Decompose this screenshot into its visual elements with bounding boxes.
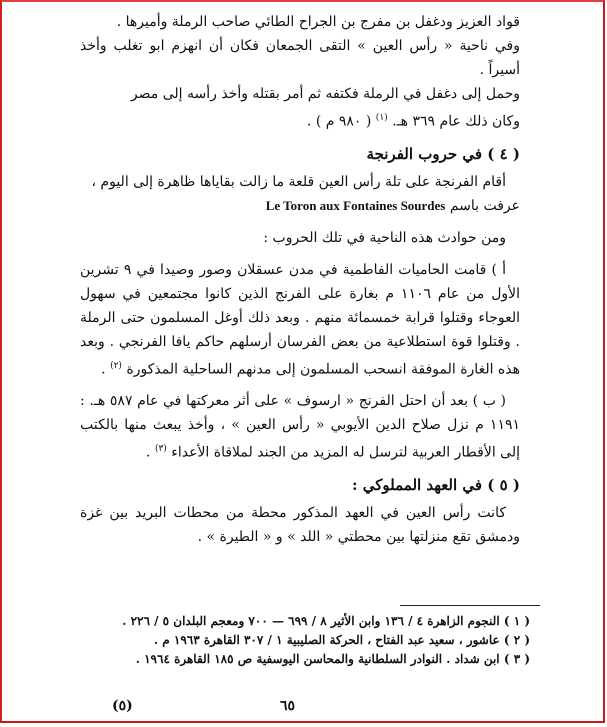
- section-marker: (٥): [112, 698, 133, 714]
- latin-castle-name: Le Toron aux Fontaines Sourdes: [266, 198, 446, 213]
- known-as-label: عرفت باسم: [450, 198, 520, 214]
- section-5-para: كانت رأس العين في العهد المذكور محطة من …: [80, 501, 520, 549]
- footnote-ref-3: (٣): [155, 444, 167, 454]
- footnote-1: ( ١ ) النجوم الزاهرة ٤ / ١٣٦ وابن الأثير…: [90, 612, 530, 631]
- footnote-ref-2: (٢): [110, 361, 122, 371]
- intro-line-2: وفي ناحية « رأس العين » التقى الجمعان فك…: [80, 34, 520, 82]
- item-b-text: ( ب ) بعد أن احتل الفرنج « ارسوف » على أ…: [80, 393, 520, 461]
- footnote-divider: [400, 605, 540, 606]
- page-body: قواد العزيز ودغفل بن مفرج بن الجراح الطا…: [80, 10, 520, 549]
- section-4-para-1: أقام الفرنجة على تلة رأس العين قلعة ما ز…: [80, 170, 520, 194]
- section-4-para-2: ومن حوادث هذه الناحية في تلك الحروب :: [80, 226, 520, 250]
- page-number: ٦٥: [280, 698, 295, 714]
- footnotes: ( ١ ) النجوم الزاهرة ٤ / ١٣٦ وابن الأثير…: [90, 612, 530, 669]
- intro-line-4-text: وكان ذلك عام ٣٦٩ هـ.: [392, 114, 520, 130]
- footnote-2: ( ٢ ) عاشور ، سعيد عبد الفتاح ، الحركة ا…: [90, 631, 530, 650]
- intro-line-3: وحمل إلى دغفل في الرملة فكتفه ثم أمر بقت…: [80, 82, 520, 106]
- item-a-text: أ ) قامت الحاميات الفاطمية في مدن عسقلان…: [80, 262, 520, 378]
- section-4-para-1b: عرفت باسم Le Toron aux Fontaines Sourdes: [80, 194, 520, 218]
- intro-line-4-tail: ( ٩٨٠ م ) .: [307, 114, 371, 130]
- section-4-item-b: ( ب ) بعد أن احتل الفرنج « ارسوف » على أ…: [80, 389, 520, 465]
- section-5-heading: ( ٥ ) في العهد المملوكي :: [80, 473, 520, 497]
- footnote-ref-1: (١): [376, 113, 388, 123]
- intro-line-4: وكان ذلك عام ٣٦٩ هـ. (١) ( ٩٨٠ م ) .: [80, 106, 520, 134]
- intro-line-1: قواد العزيز ودغفل بن مفرج بن الجراح الطا…: [80, 10, 520, 34]
- section-4-item-a: أ ) قامت الحاميات الفاطمية في مدن عسقلان…: [80, 258, 520, 382]
- footnote-3: ( ٣ ) ابن شداد . النوادر السلطانية والمح…: [90, 650, 530, 669]
- section-4-heading: ( ٤ ) في حروب الفرنجة: [80, 142, 520, 166]
